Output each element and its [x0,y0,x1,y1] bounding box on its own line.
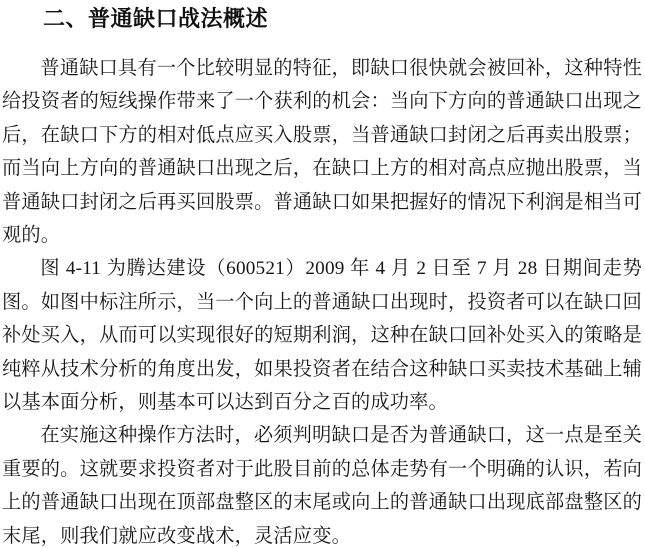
paragraph-caution: 在实施这种操作方法时，必须判明缺口是否为普通缺口，这一点是至关重要的。这就要求投… [2,419,642,548]
section-heading: 二、普通缺口战法概述 [43,3,642,34]
paragraph-gap-characteristics: 普通缺口具有一个比较明显的特征，即缺口很快就会被回补，这种特性给投资者的短线操作… [2,52,642,252]
paragraph-figure-example: 图 4-11 为腾达建设（600521）2009 年 4 月 2 日至 7 月 … [2,252,642,419]
document-page: 二、普通缺口战法概述 普通缺口具有一个比较明显的特征，即缺口很快就会被回补，这种… [0,0,645,548]
